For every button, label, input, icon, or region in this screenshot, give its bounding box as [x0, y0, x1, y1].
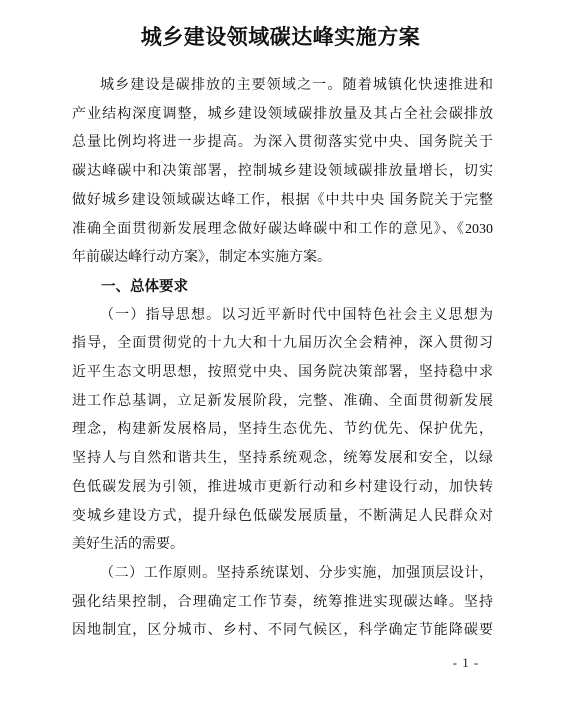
- text-line: 美好生活的需要。: [72, 531, 493, 560]
- text-line: 年前碳达峰行动方案》，制定本实施方案。: [72, 244, 493, 273]
- text-line: 理念，构建新发展格局，坚持生态优先、节约优先、保护优先，: [72, 416, 493, 445]
- text-line: 总量比例均将进一步提高。为深入贯彻落实党中央、国务院关于: [72, 129, 493, 158]
- section-heading: 一、总体要求: [72, 273, 493, 302]
- text-line: （一）指导思想。以习近平新时代中国特色社会主义思想为: [72, 302, 493, 331]
- text-line: 变城乡建设方式，提升绿色低碳发展质量，不断满足人民群众对: [72, 503, 493, 532]
- page-number: - 1 -: [436, 655, 496, 671]
- text-line: （二）工作原则。坚持系统谋划、分步实施，加强顶层设计，: [72, 560, 493, 589]
- text-line: 近平生态文明思想，按照党中央、国务院决策部署，坚持稳中求: [72, 359, 493, 388]
- text-line: 进工作总基调，立足新发展阶段，完整、准确、全面贯彻新发展: [72, 388, 493, 417]
- text-line: 产业结构深度调整，城乡建设领域碳排放量及其占全社会碳排放: [72, 101, 493, 130]
- text-line: 城乡建设是碳排放的主要领域之一。随着城镇化快速推进和: [72, 72, 493, 101]
- text-line: 坚持人与自然和谐共生，坚持系统观念，统筹发展和安全，以绿: [72, 445, 493, 474]
- text-line: 强化结果控制，合理确定工作节奏，统筹推进实现碳达峰。坚持: [72, 589, 493, 618]
- document-page: 城乡建设领域碳达峰实施方案 城乡建设是碳排放的主要领域之一。随着城镇化快速推进和…: [0, 0, 561, 713]
- text-line: 碳达峰碳中和决策部署，控制城乡建设领域碳排放量增长，切实: [72, 158, 493, 187]
- text-line: 色低碳发展为引领，推进城市更新行动和乡村建设行动，加快转: [72, 474, 493, 503]
- text-line: 做好城乡建设领域碳达峰工作，根据《中共中央 国务院关于完整: [72, 187, 493, 216]
- text-line: 因地制宜，区分城市、乡村、不同气候区，科学确定节能降碳要: [72, 617, 493, 646]
- text-line: 指导，全面贯彻党的十九大和十九届历次全会精神，深入贯彻习: [72, 330, 493, 359]
- document-body: 城乡建设是碳排放的主要领域之一。随着城镇化快速推进和产业结构深度调整，城乡建设领…: [72, 72, 493, 646]
- document-title: 城乡建设领域碳达峰实施方案: [0, 24, 561, 50]
- text-line: 准确全面贯彻新发展理念做好碳达峰碳中和工作的意见》、《2030: [72, 216, 493, 245]
